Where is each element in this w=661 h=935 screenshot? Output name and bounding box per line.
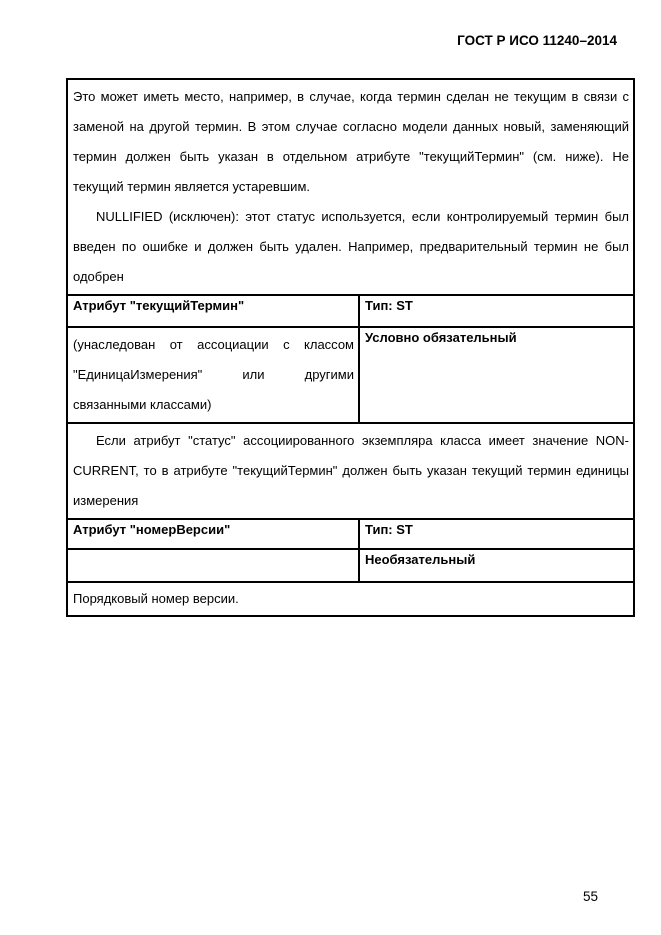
table-row-intro: Это может иметь место, например, в случа… <box>67 79 634 295</box>
intro-paragraph-2: NULLIFIED (исключен): этот статус исполь… <box>73 202 629 292</box>
intro-cell: Это может иметь место, например, в случа… <box>67 79 634 295</box>
attribute-current-term-type: Тип: ST <box>359 295 634 327</box>
attribute-version-description: Порядковый номер версии. <box>67 582 634 616</box>
table-row-attribute-version-requirement: Необязательный <box>67 549 634 582</box>
attribute-version-type: Тип: ST <box>359 519 634 549</box>
intro-paragraph-1: Это может иметь место, например, в случа… <box>73 82 629 202</box>
attributes-table: Это может иметь место, например, в случа… <box>66 78 635 617</box>
table-row-attribute-current-term-header: Атрибут "текущийТермин" Тип: ST <box>67 295 634 327</box>
attribute-current-term-requirement: Условно обязательный <box>359 327 634 423</box>
document-page: ГОСТ Р ИСО 11240–2014 Это может иметь ме… <box>0 0 661 935</box>
attribute-current-term-inherited: (унаследован от ассоциации с классом "Ед… <box>67 327 359 423</box>
page-number: 55 <box>583 889 598 904</box>
table-row-attribute-version-description: Порядковый номер версии. <box>67 582 634 616</box>
attribute-version-empty-cell <box>67 549 359 582</box>
table-row-attribute-current-term-details: (унаследован от ассоциации с классом "Ед… <box>67 327 634 423</box>
table-row-attribute-current-term-rule: Если атрибут "статус" ассоциированного э… <box>67 423 634 519</box>
attribute-current-term-rule: Если атрибут "статус" ассоциированного э… <box>67 423 634 519</box>
attribute-version-requirement: Необязательный <box>359 549 634 582</box>
attribute-version-name: Атрибут "номерВерсии" <box>67 519 359 549</box>
attribute-current-term-name: Атрибут "текущийТермин" <box>67 295 359 327</box>
document-header-title: ГОСТ Р ИСО 11240–2014 <box>457 33 617 48</box>
table-row-attribute-version-header: Атрибут "номерВерсии" Тип: ST <box>67 519 634 549</box>
